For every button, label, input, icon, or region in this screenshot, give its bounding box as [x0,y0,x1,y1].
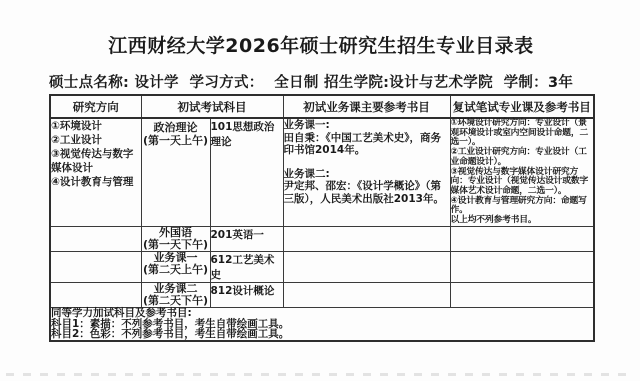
research-directions-cell: ①环境设计 ②工业设计 ③视觉传达与数字媒体设计 ④设计教育与管理 [50,118,141,226]
document-page: 江西财经大学2026年硕士研究生招生专业目录表 硕士点名称: 设计学 学习方式：… [0,0,640,381]
page-title: 江西财经大学2026年硕士研究生招生专业目录表 [49,31,593,58]
research-direction-item: ①环境设计 [51,119,141,133]
exam-subject-name: 外国语 [142,227,210,239]
business-course2-code-cell: 812设计概论 [210,282,283,307]
foreign-language-code-cell: 201英语一 [210,226,283,251]
blank-line [284,157,450,168]
col-header-research-direction: 研究方向 [50,95,141,118]
politics-subject-cell: 政治理论 (第一天上午) [141,118,210,226]
empty-cell [50,251,141,282]
footer-subject2: 科目2：色彩：不列参考书目，考生自带绘画工具。 [51,329,593,340]
exam-session: (第一天上午) [142,134,210,147]
exam-subject-name: 业务课一 [142,252,210,264]
empty-cell [283,251,450,282]
exam-session: (第一天下午) [142,239,210,251]
exam-subject-name: 政治理论 [142,121,210,134]
politics-code-cell: 101思想政治理论 [210,118,283,226]
course1-reference: 田自秉：《中国工艺美术史》，商务印书馆2014年。 [284,132,450,157]
subject-row: 外国语 (第一天下午) 201英语一 [50,226,594,251]
research-direction-item: ③视觉传达与数字媒体设计 [51,147,141,175]
empty-cell [450,226,594,251]
exam-subject-name: 业务课二 [142,283,210,295]
header-row: 研究方向 初试考试科目 初试业务课主要参考书目 复试笔试专业课及参考书目 [50,95,594,118]
exam-session: (第二天下午) [142,295,210,307]
retest-item: ②工业设计研究方向：专业设计（工业命题设计）。 [451,148,594,167]
empty-cell [450,251,594,282]
col-header-initial-exam-subjects: 初试考试科目 [141,95,283,118]
course2-label: 业务课二: [284,168,450,181]
reference-books-cell: 业务课一: 田自秉：《中国工艺美术史》，商务印书馆2014年。 业务课二: 尹定… [283,118,450,226]
retest-item: ③视觉传达与数字媒体设计研究方向：专业设计（视觉传达设计或数字媒体艺术设计命题，… [451,168,594,197]
col-header-initial-exam-references: 初试业务课主要参考书目 [283,95,450,118]
subject-row: 业务课一 (第二天上午) 612工艺美术史 [50,251,594,282]
retest-item: ①环境设计研究方向：专业设计（景观环境设计或室内空间设计命题，二选一）。 [451,119,594,148]
equivalent-qualification-note: 同等学力加试科目及参考书目: 科目1：素描：不列参考书目，考生自带绘画工具。 科… [50,307,594,341]
page-edge-dashed-line [6,373,634,376]
retest-requirements-cell: ①环境设计研究方向：专业设计（景观环境设计或室内空间设计命题，二选一）。 ②工业… [450,118,594,226]
col-header-retest-references: 复试笔试专业课及参考书目 [450,95,594,118]
business-course1-subject-cell: 业务课一 (第二天上午) [141,251,210,282]
empty-cell [50,282,141,307]
empty-cell [283,226,450,251]
business-course1-code-cell: 612工艺美术史 [210,251,283,282]
research-direction-item: ④设计教育与管理 [51,175,141,189]
footer-row: 同等学力加试科目及参考书目: 科目1：素描：不列参考书目，考生自带绘画工具。 科… [50,307,594,341]
course2-reference: 尹定邦、邵宏：《设计学概论》（第三版），人民美术出版社2013年。 [284,180,450,205]
subject-row: 业务课二 (第二天下午) 812设计概论 [50,282,594,307]
retest-note: 以上均不列参考书目。 [451,216,594,226]
empty-cell [50,226,141,251]
retest-item: ④设计教育与管理研究方向：命题写作。 [451,197,594,216]
business-course2-subject-cell: 业务课二 (第二天下午) [141,282,210,307]
empty-cell [450,282,594,307]
course1-label: 业务课一: [284,119,450,132]
admission-catalog-table: 研究方向 初试考试科目 初试业务课主要参考书目 复试笔试专业课及参考书目 ①环境… [49,94,595,342]
empty-cell [283,282,450,307]
footer-heading: 同等学力加试科目及参考书目: [51,308,593,319]
main-row: ①环境设计 ②工业设计 ③视觉传达与数字媒体设计 ④设计教育与管理 政治理论 (… [50,118,594,226]
exam-session: (第二天上午) [142,264,210,276]
program-info-line: 硕士点名称: 设计学 学习方式： 全日制 招生学院:设计与艺术学院 学制：3年 [49,71,609,92]
research-direction-item: ②工业设计 [51,133,141,147]
foreign-language-subject-cell: 外国语 (第一天下午) [141,226,210,251]
